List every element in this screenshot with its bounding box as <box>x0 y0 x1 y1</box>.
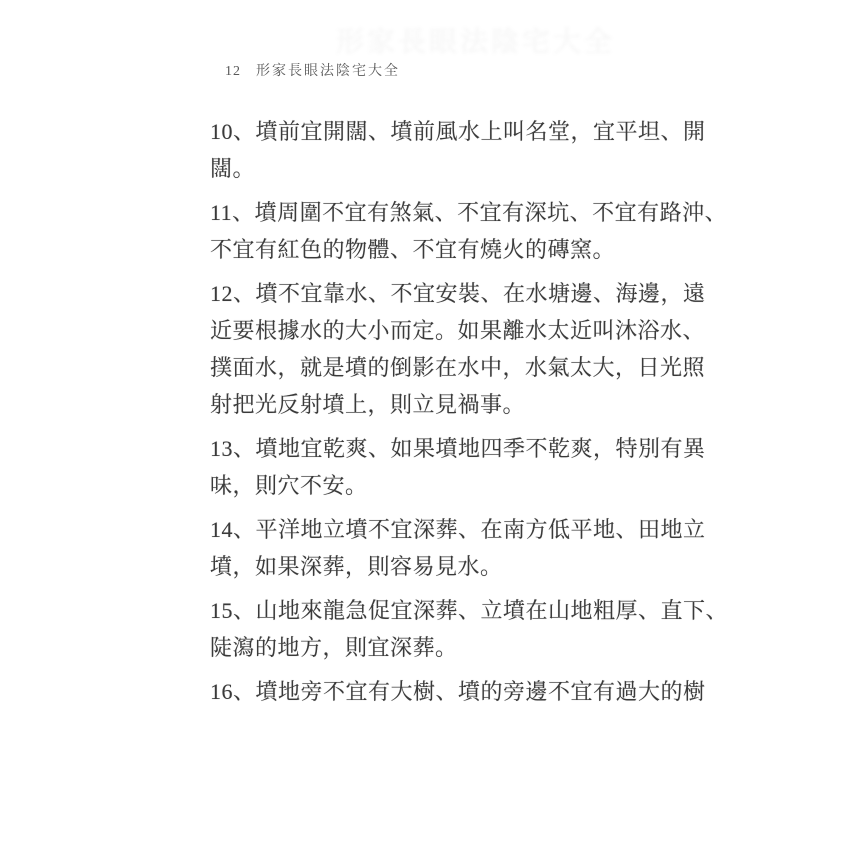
book-page: 形家長眼法陰宅大全 12 形家長眼法陰宅大全 10、墳前宜開闊、墳前風水上叫名堂… <box>0 0 850 850</box>
paragraph-11: 11、墳周圍不宜有煞氣、不宜有深坑、不宜有路沖、不宜有紅色的物體、不宜有燒火的磚… <box>210 194 672 268</box>
text-line: 近要根據水的大小而定。如果離水太近叫沐浴水、 <box>210 312 672 349</box>
text-line: 16、墳地旁不宜有大樹、墳的旁邊不宜有過大的樹 <box>210 673 672 710</box>
bleed-through-text: 形家長眼法陰宅大全 <box>336 20 615 60</box>
text-line: 撲面水，就是墳的倒影在水中，水氣太大，日光照 <box>210 349 672 386</box>
text-line: 13、墳地宜乾爽、如果墳地四季不乾爽，特別有異 <box>210 430 672 467</box>
paragraph-16: 16、墳地旁不宜有大樹、墳的旁邊不宜有過大的樹 <box>210 673 672 710</box>
text-line: 墳，如果深葬，則容易見水。 <box>210 548 672 585</box>
text-line: 14、平洋地立墳不宜深葬、在南方低平地、田地立 <box>210 511 672 548</box>
text-line: 不宜有紅色的物體、不宜有燒火的磚窯。 <box>210 231 672 268</box>
paragraph-10: 10、墳前宜開闊、墳前風水上叫名堂，宜平坦、開闊。 <box>210 113 672 187</box>
text-line: 10、墳前宜開闊、墳前風水上叫名堂，宜平坦、開 <box>210 113 672 150</box>
text-line: 陡瀉的地方，則宜深葬。 <box>210 629 672 666</box>
paragraph-12: 12、墳不宜靠水、不宜安裝、在水塘邊、海邊，遠近要根據水的大小而定。如果離水太近… <box>210 275 672 423</box>
page-number: 12 <box>225 64 241 80</box>
text-line: 15、山地來龍急促宜深葬、立墳在山地粗厚、直下、 <box>210 592 672 629</box>
text-line: 11、墳周圍不宜有煞氣、不宜有深坑、不宜有路沖、 <box>210 194 672 231</box>
paragraph-13: 13、墳地宜乾爽、如果墳地四季不乾爽，特別有異味，則穴不安。 <box>210 430 672 504</box>
text-line: 射把光反射墳上，則立見禍事。 <box>210 386 672 423</box>
text-line: 12、墳不宜靠水、不宜安裝、在水塘邊、海邊，遠 <box>210 275 672 312</box>
paragraph-15: 15、山地來龍急促宜深葬、立墳在山地粗厚、直下、陡瀉的地方，則宜深葬。 <box>210 592 672 666</box>
body-text: 10、墳前宜開闊、墳前風水上叫名堂，宜平坦、開闊。11、墳周圍不宜有煞氣、不宜有… <box>210 113 672 717</box>
paragraph-14: 14、平洋地立墳不宜深葬、在南方低平地、田地立墳，如果深葬，則容易見水。 <box>210 511 672 585</box>
text-line: 味，則穴不安。 <box>210 467 672 504</box>
book-title: 形家長眼法陰宅大全 <box>256 60 400 80</box>
running-header: 12 形家長眼法陰宅大全 <box>225 60 400 80</box>
text-line: 闊。 <box>210 150 672 187</box>
